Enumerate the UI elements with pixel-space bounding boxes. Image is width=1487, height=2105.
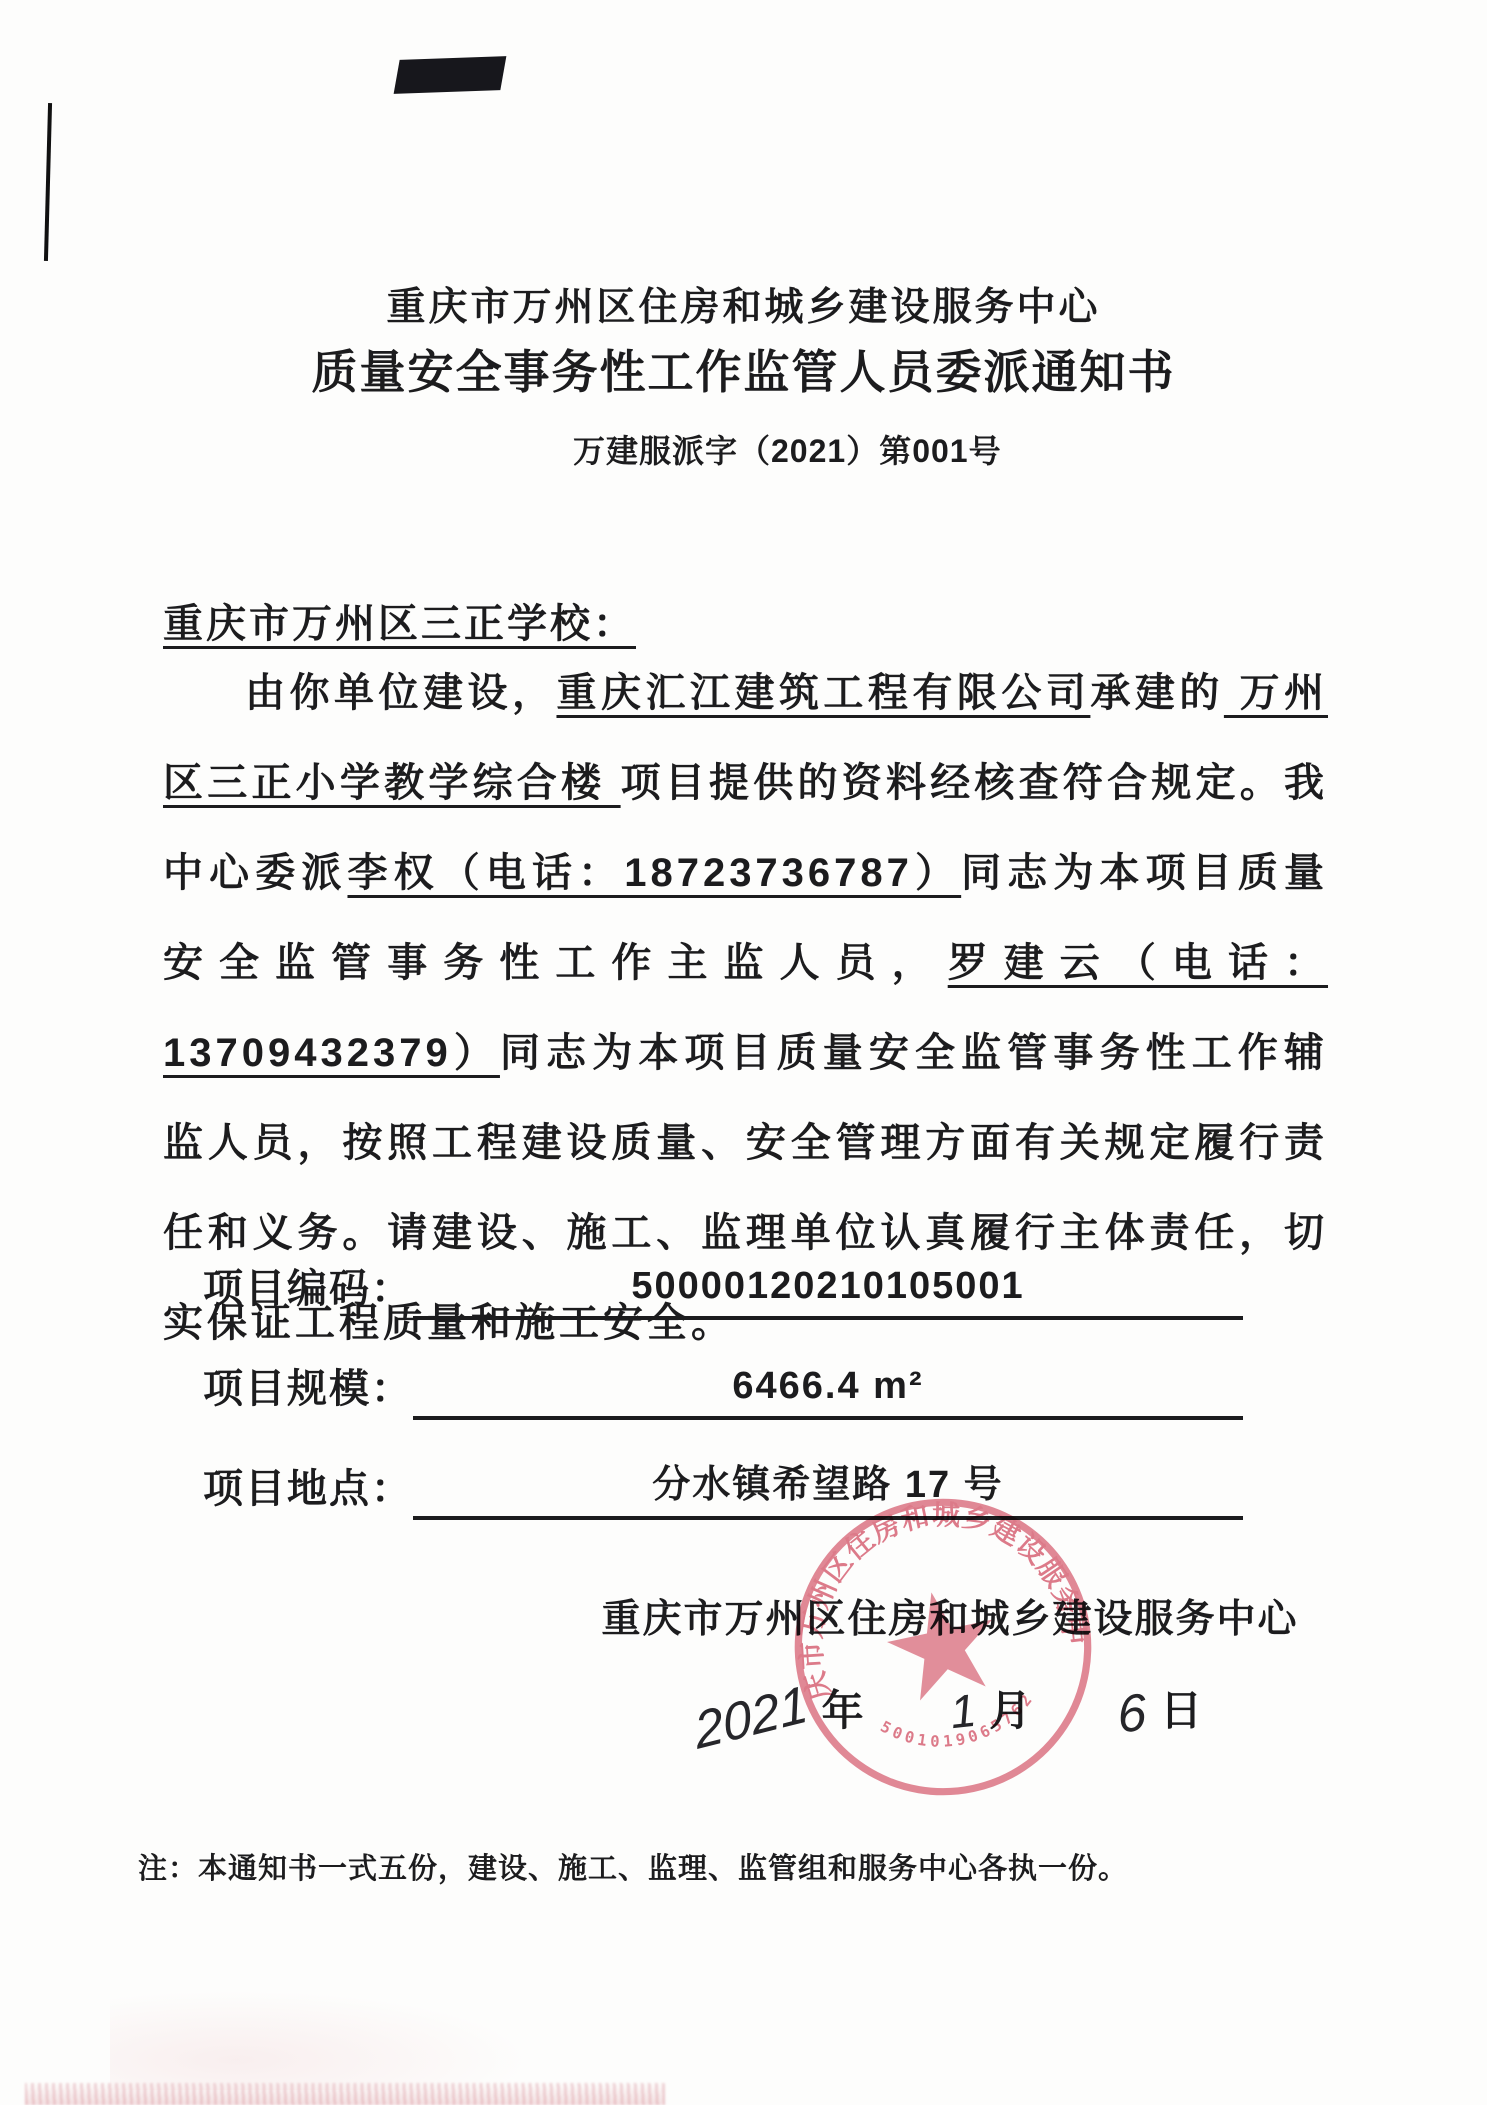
footer-note: 注：本通知书一式五份，建设、施工、监理、监管组和服务中心各执一份。 xyxy=(138,1846,1128,1887)
field-row-project-code: 项目编码： 50000120210105001 xyxy=(203,1248,1243,1320)
day-label: 日 xyxy=(1160,1678,1208,1738)
para-seg-supervisor1-underlined: 李权（电话：18723736787） xyxy=(347,851,961,895)
scan-artifact-black-mark xyxy=(394,56,507,94)
scanned-notice-document: 重庆市万州区住房和城乡建设服务中心 质量安全事务性工作监管人员委派通知书 万建服… xyxy=(0,0,1487,2105)
signature-org-name: 重庆市万州区住房和城乡建设服务中心 xyxy=(480,1588,1420,1644)
para-seg-contractor-underlined: 重庆汇江建筑工程有限公司 xyxy=(556,671,1090,715)
para-seg: 承建的 xyxy=(1090,671,1223,715)
field-row-project-scale: 项目规模： 6466.4 m² xyxy=(203,1348,1243,1420)
document-number: 万建服派字（2021）第001号 xyxy=(573,426,1002,472)
addressee-text: 重庆市万州区三正学校： xyxy=(163,602,636,646)
field-row-project-location: 项目地点： 分水镇希望路 17 号 xyxy=(203,1448,1243,1520)
handwritten-day: 6 xyxy=(1116,1682,1149,1746)
signature-date: 2021 年 1 月 6 日 xyxy=(480,1678,1420,1738)
scan-artifact-bottom-haze xyxy=(110,1990,530,2090)
handwritten-month: 1 xyxy=(947,1683,978,1739)
addressee-line: 重庆市万州区三正学校： xyxy=(163,592,636,649)
project-code-label: 项目编码： xyxy=(203,1257,413,1320)
project-location-label: 项目地点： xyxy=(203,1457,413,1520)
handwritten-year: 2021 xyxy=(691,1674,812,1762)
document-title: 质量安全事务性工作监管人员委派通知书 xyxy=(0,336,1487,402)
para-seg: 由你单位建设， xyxy=(245,671,556,715)
project-scale-value: 6466.4 m² xyxy=(413,1365,1243,1420)
scan-artifact-left-line xyxy=(44,103,52,261)
project-location-value: 分水镇希望路 17 号 xyxy=(413,1453,1243,1520)
year-label: 年 xyxy=(822,1678,870,1738)
project-fields: 项目编码： 50000120210105001 项目规模： 6466.4 m² … xyxy=(203,1248,1243,1548)
project-scale-label: 项目规模： xyxy=(203,1357,413,1420)
project-code-value: 50000120210105001 xyxy=(413,1265,1243,1320)
month-label: 月 xyxy=(989,1678,1037,1738)
org-title: 重庆市万州区住房和城乡建设服务中心 xyxy=(0,276,1487,332)
signature-block: 重庆市万州区住房和城乡建设服务中心 2021 年 1 月 6 日 xyxy=(480,1588,1420,1738)
